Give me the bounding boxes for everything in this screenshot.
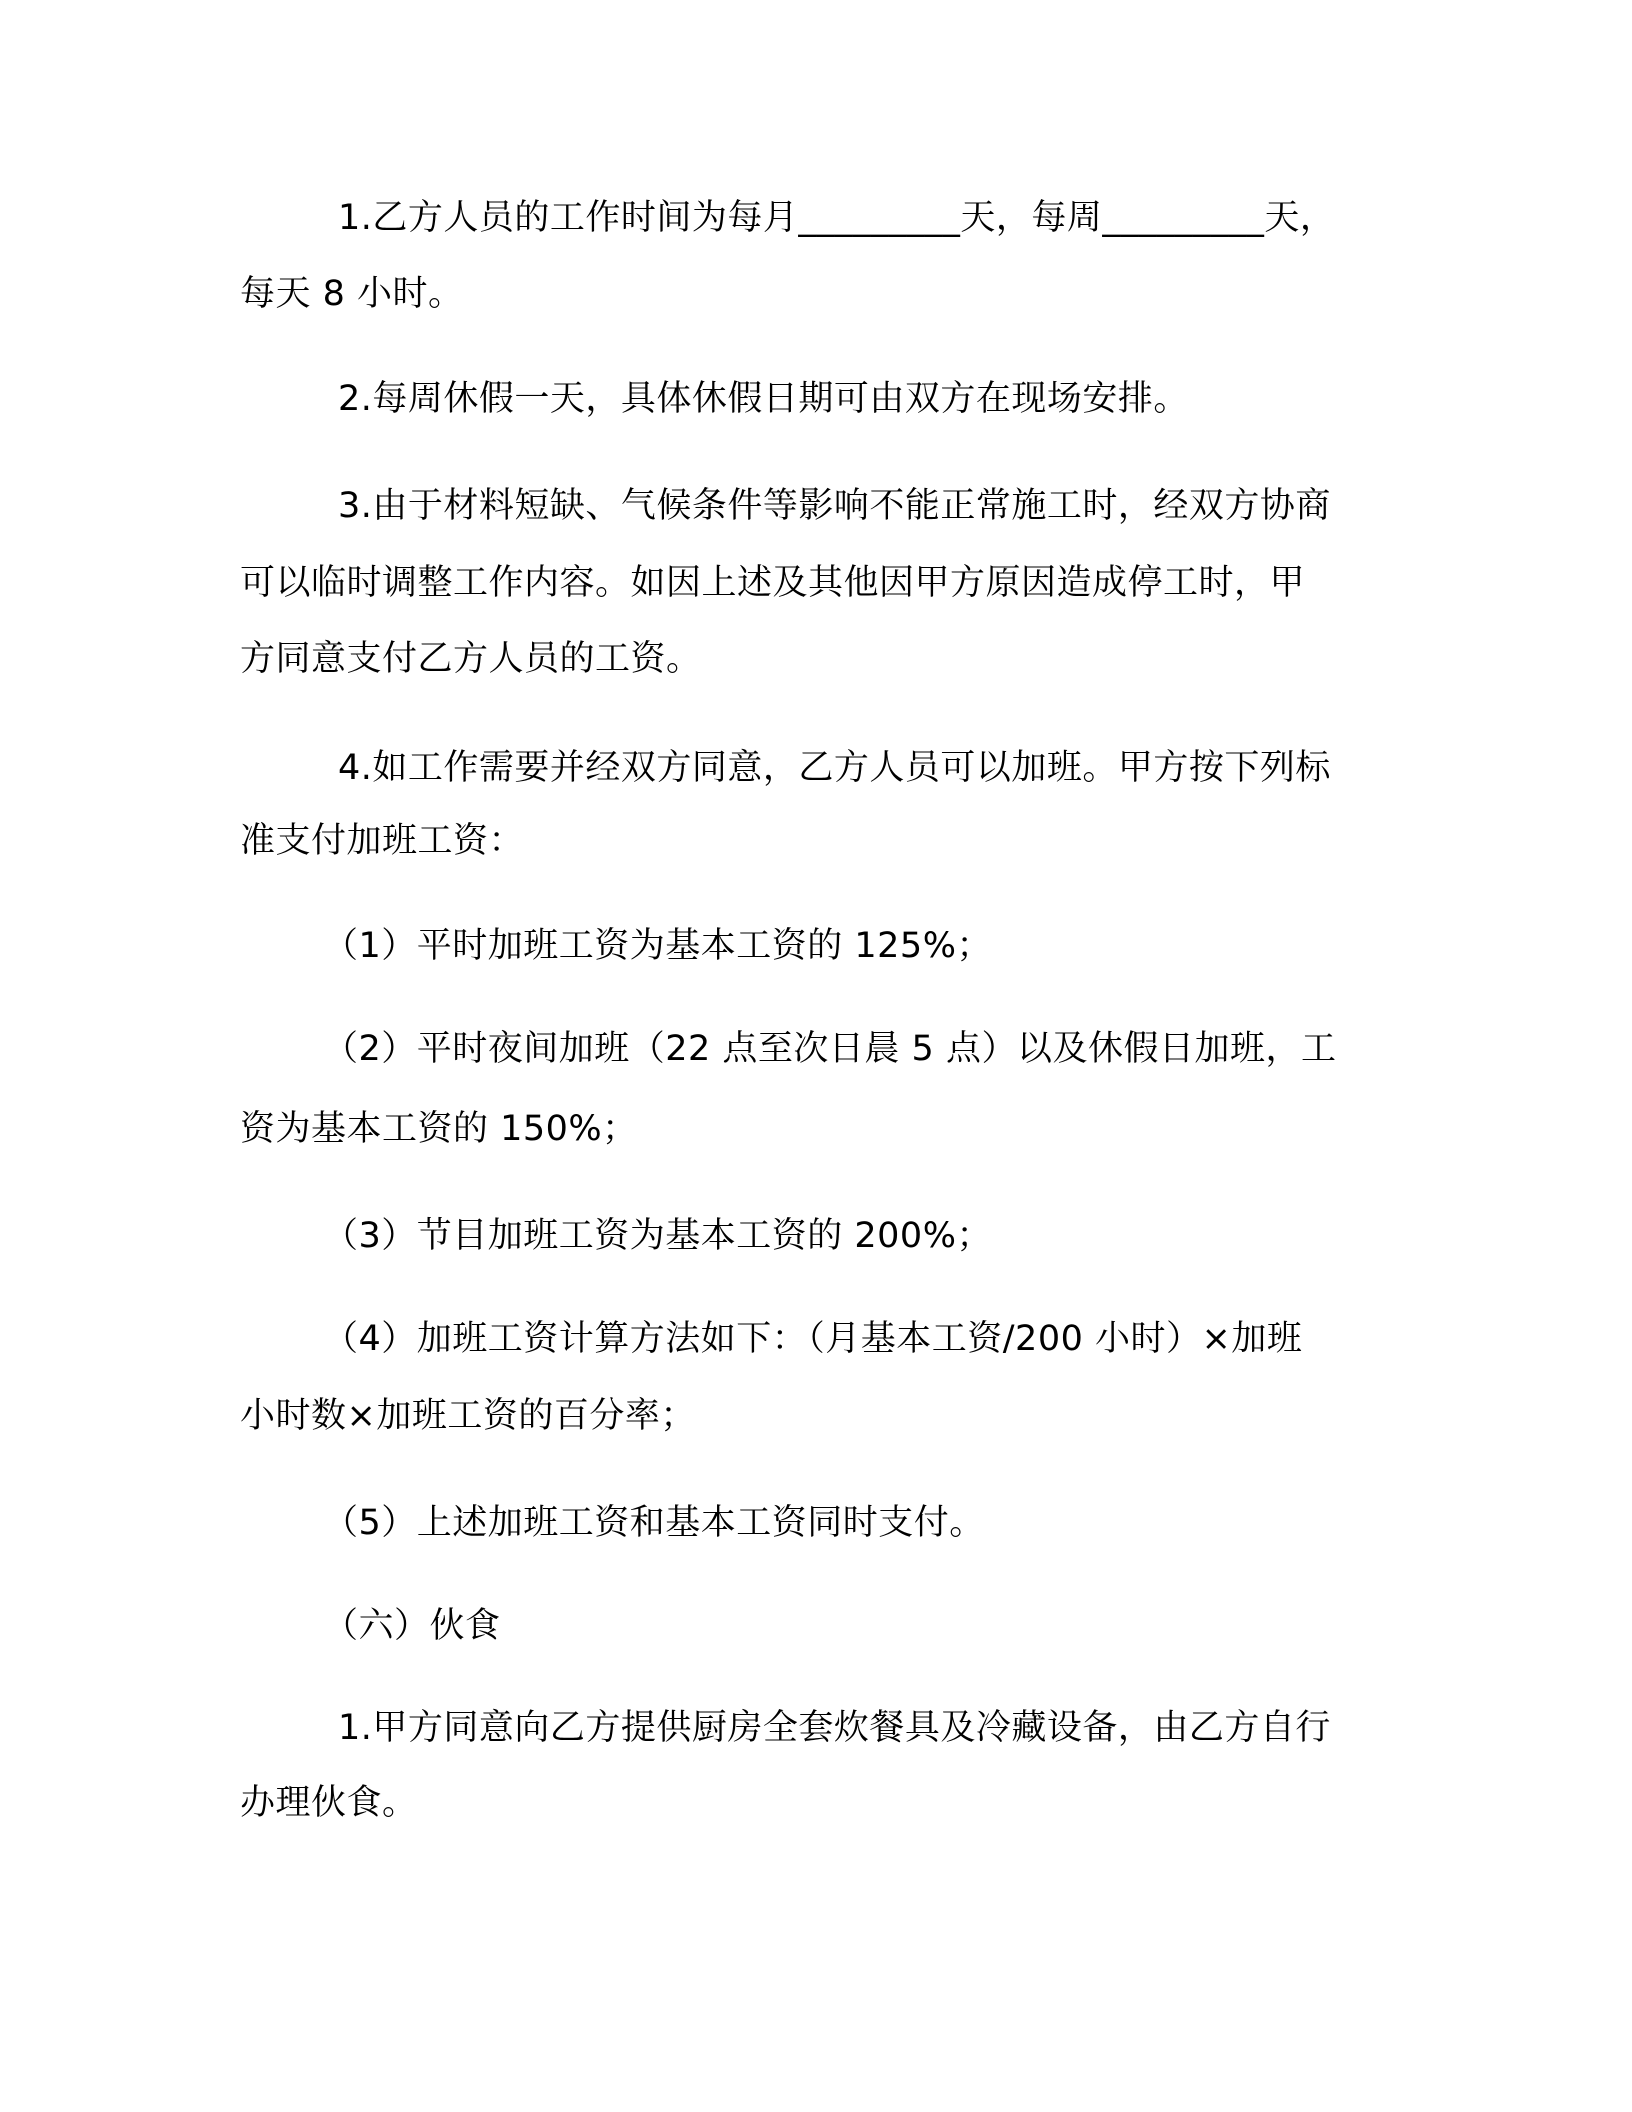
document-page: 1.乙方人员的工作时间为每月_________天，每周_________天， 每… — [0, 0, 1632, 2112]
paragraph-work-stoppage-line-1: 3.由于材料短缺、气候条件等影响不能正常施工时，经双方协商 — [338, 484, 1331, 528]
overtime-item-2-line-1: （2）平时夜间加班（22 点至次日晨 5 点）以及休假日加班，工 — [323, 1027, 1336, 1071]
overtime-item-1-line-1: （1）平时加班工资为基本工资的 125%； — [323, 924, 992, 968]
section-meals-heading: （六）伙食 — [323, 1604, 501, 1648]
overtime-item-3-line-1: （3）节目加班工资为基本工资的 200%； — [323, 1214, 992, 1258]
paragraph-work-stoppage-line-2: 可以临时调整工作内容。如因上述及其他因甲方原因造成停工时，甲 — [240, 561, 1305, 605]
paragraph-meals-line-1: 1.甲方同意向乙方提供厨房全套炊餐具及冷藏设备，由乙方自行 — [338, 1706, 1331, 1750]
overtime-item-2-line-2: 资为基本工资的 150%； — [240, 1107, 638, 1151]
paragraph-work-stoppage-line-3: 方同意支付乙方人员的工资。 — [240, 637, 702, 681]
paragraph-meals-line-2: 办理伙食。 — [240, 1781, 418, 1825]
paragraph-overtime-line-1: 4.如工作需要并经双方同意，乙方人员可以加班。甲方按下列标 — [338, 746, 1331, 790]
paragraph-work-hours-line-1: 1.乙方人员的工作时间为每月_________天，每周_________天， — [338, 196, 1335, 240]
overtime-item-4-line-2: 小时数×加班工资的百分率； — [240, 1394, 696, 1438]
overtime-item-5-line-1: （5）上述加班工资和基本工资同时支付。 — [323, 1501, 985, 1545]
paragraph-weekly-rest-line-1: 2.每周休假一天，具体休假日期可由双方在现场安排。 — [338, 377, 1189, 421]
paragraph-overtime-line-2: 准支付加班工资： — [240, 819, 524, 863]
paragraph-work-hours-line-2: 每天 8 小时。 — [240, 272, 464, 316]
overtime-item-4-line-1: （4）加班工资计算方法如下：（月基本工资/200 小时）×加班 — [323, 1317, 1302, 1361]
